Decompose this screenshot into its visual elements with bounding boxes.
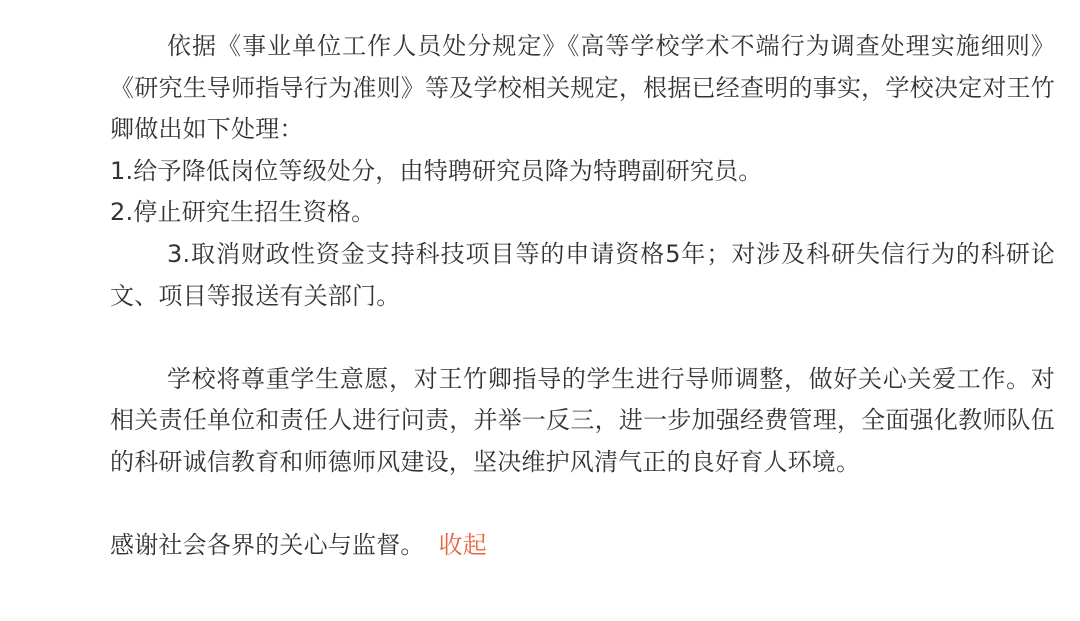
article-body: 依据《事业单位工作人员处分规定》《高等学校学术不端行为调查处理实施细则》《研究生… <box>110 26 1055 567</box>
follow-up-paragraph: 学校将尊重学生意愿，对王竹卿指导的学生进行导师调整，做好关心关爱工作。对相关责任… <box>110 359 1055 484</box>
penalty-item-2: 2.停止研究生招生资格。 <box>110 192 1055 234</box>
closing-text: 感谢社会各界的关心与监督。 <box>110 531 425 559</box>
intro-paragraph: 依据《事业单位工作人员处分规定》《高等学校学术不端行为调查处理实施细则》《研究生… <box>110 26 1055 151</box>
paragraph-spacer <box>110 484 1055 526</box>
penalty-item-1: 1.给予降低岗位等级处分，由特聘研究员降为特聘副研究员。 <box>110 151 1055 193</box>
penalty-item-3: 3.取消财政性资金支持科技项目等的申请资格5年；对涉及科研失信行为的科研论文、项… <box>110 234 1055 317</box>
collapse-link[interactable]: 收起 <box>439 531 487 559</box>
paragraph-spacer <box>110 317 1055 359</box>
closing-paragraph: 感谢社会各界的关心与监督。收起 <box>110 525 1055 567</box>
